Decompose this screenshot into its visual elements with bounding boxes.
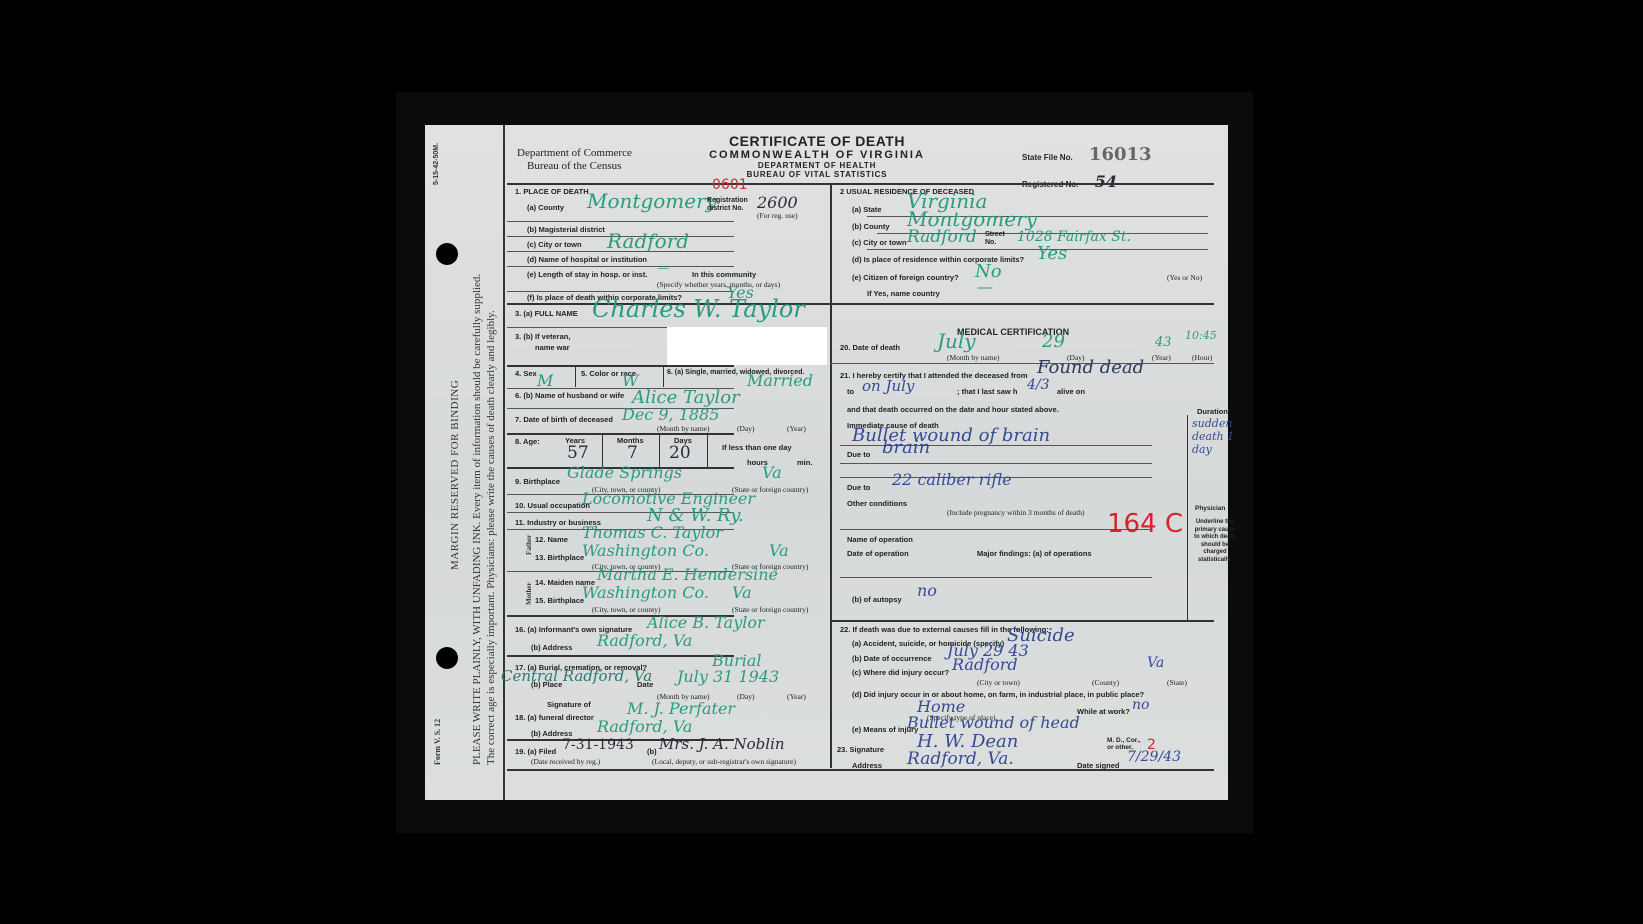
divider: [659, 433, 660, 467]
registrar-signature: Mrs. J. A. Noblin: [659, 735, 785, 753]
birthplace-value: Glade Springs: [567, 463, 682, 482]
director-value: M. J. Perfater: [627, 699, 735, 718]
divider: [830, 620, 1214, 622]
res-city-value: Radford: [907, 227, 977, 247]
reg-stamp: 0601: [712, 177, 748, 193]
punch-hole-icon: [436, 647, 458, 669]
registrar-note: (Local, deputy, or sub-registrar's own s…: [652, 757, 796, 766]
death-occurred-text: and that death occurred on the date and …: [847, 405, 1059, 414]
form-body: Department of Commerce Bureau of the Cen…: [507, 125, 1214, 800]
res-state-label: (a) State: [852, 205, 882, 214]
registrar-label: (b): [647, 747, 657, 756]
punch-hole-icon: [436, 243, 458, 265]
father-tag: Father: [525, 535, 533, 555]
dod-year: 43: [1155, 335, 1172, 350]
burial-place: Central Radford, Va: [501, 667, 652, 685]
registered-no: 54: [1095, 172, 1117, 191]
file-numbers: State File No. 16013 Registered No. 54: [1022, 143, 1152, 197]
stay-value: —: [657, 261, 669, 275]
divider: [507, 251, 734, 252]
state-note: (State): [1167, 678, 1187, 687]
means-value: Bullet wound of head: [907, 713, 1080, 732]
divider: [575, 365, 576, 387]
full-name-label: 3. (a) FULL NAME: [515, 309, 578, 318]
director-addr: Radford, Va: [597, 717, 692, 736]
duration-divider: [1187, 415, 1188, 565]
birthplace-state: Va: [762, 463, 782, 482]
country-value: —: [977, 277, 993, 296]
pregnancy-note: (Include pregnancy within 3 months of de…: [947, 508, 1084, 517]
death-certificate: 5-15-42-50M. Form V. S. 12 MARGIN RESERV…: [425, 125, 1228, 800]
father-name-label: 12. Name: [535, 535, 568, 544]
form-code: 5-15-42-50M.: [433, 143, 440, 185]
certificate-title: CERTIFICATE OF DEATH: [687, 133, 947, 149]
yes-no-note: (Yes or No): [1167, 273, 1202, 282]
autopsy-value: no: [917, 581, 937, 600]
last-saw-value: 4/3: [1027, 377, 1050, 393]
other-label: Other conditions: [847, 499, 907, 508]
divider: [507, 183, 1214, 185]
res-city-label: (c) City or town: [852, 238, 907, 247]
divider: [507, 365, 734, 367]
filed-label: 19. (a) Filed: [515, 747, 556, 756]
res-county-label: (b) County: [852, 222, 890, 231]
year-note: (Year): [1152, 353, 1171, 362]
informant-signature: Alice B. Taylor: [647, 613, 765, 632]
age-years: 57: [567, 443, 589, 463]
age-label: 8. Age:: [515, 437, 540, 446]
divider: [840, 463, 1152, 464]
mother-tag: Mother: [525, 582, 533, 605]
father-name-value: Thomas C. Taylor: [582, 523, 723, 542]
informant-address-label: (b) Address: [531, 643, 572, 652]
war-label: name war: [535, 343, 570, 352]
column-divider: [830, 183, 832, 768]
divider: [507, 291, 734, 292]
father-bp-state: Va: [769, 541, 789, 560]
due-to-2: 22 caliber rifle: [892, 470, 1012, 489]
form-number: Form V. S. 12: [433, 719, 442, 765]
death-city-value: Radford: [607, 229, 689, 253]
reg-district-value: 2600: [757, 193, 798, 212]
due-to-1: brain: [882, 437, 930, 458]
county-note: (County): [1092, 678, 1119, 687]
divider: [507, 655, 734, 657]
burial-date-label: Date: [637, 680, 653, 689]
country-label: If Yes, name country: [867, 289, 940, 298]
spouse-label: 6. (b) Name of husband or wife: [515, 391, 624, 400]
father-bp-label: 13. Birthplace: [535, 553, 584, 562]
death-county-value: Montgomery: [587, 189, 717, 213]
certify-from: Found dead: [1037, 357, 1144, 378]
city-label: (c) City or town: [527, 240, 582, 249]
physician-note: Underline the primary cause to which dea…: [1191, 519, 1239, 564]
mother-bp-state: Va: [732, 583, 752, 602]
physician-title: Physician: [1195, 505, 1225, 512]
hospital-label: (d) Name of hospital or institution: [527, 255, 647, 264]
min-label: min.: [797, 458, 812, 467]
magisterial-label: (b) Magisterial district: [527, 225, 605, 234]
marital-value: Married: [747, 371, 813, 390]
place-of-death-heading: 1. PLACE OF DEATH: [515, 187, 589, 196]
autopsy-label: (b) of autopsy: [852, 595, 902, 604]
instructions-line-2: The correct age is especially important.…: [485, 310, 497, 765]
director-sig-label: Signature of: [547, 700, 591, 709]
divider: [830, 363, 1214, 364]
burial-date: July 31 1943: [677, 667, 779, 686]
last-saw-label: ; that I last saw h: [957, 387, 1017, 396]
binding-margin: 5-15-42-50M. Form V. S. 12 MARGIN RESERV…: [425, 125, 505, 800]
date-signed: 7/29/43: [1127, 749, 1181, 765]
full-name-value: Charles W. Taylor: [592, 295, 805, 323]
month-note: (Month by name): [947, 353, 1000, 362]
divider: [507, 769, 1214, 771]
reg-district-label: Registration district No.: [707, 197, 757, 213]
res-corporate-value: Yes: [1037, 243, 1067, 264]
divider: [602, 433, 603, 467]
divider: [1187, 565, 1188, 620]
mother-bp-label: 15. Birthplace: [535, 596, 584, 605]
month-note: (Month by name): [657, 424, 710, 433]
department-health: DEPARTMENT OF HEALTH: [687, 161, 947, 170]
mother-name-value: Martha E. Hendersine: [597, 565, 778, 584]
divider: [507, 266, 734, 267]
where-city: Radford: [952, 655, 1018, 674]
signature-label: 23. Signature: [837, 745, 884, 754]
where-state: Va: [1147, 655, 1164, 671]
dob-value: Dec 9, 1885: [622, 405, 719, 424]
stay-label: (e) Length of stay in hosp. or inst.: [527, 270, 647, 279]
age-days: 20: [669, 443, 691, 463]
duration-value: sudden death 1 day: [1192, 417, 1240, 456]
duration-label: Duration: [1197, 407, 1228, 416]
day-note: (Day): [737, 424, 755, 433]
hour-note: (Hour): [1192, 353, 1212, 362]
alive-label: alive on: [1057, 387, 1085, 396]
work-label: While at work?: [1077, 707, 1130, 716]
less-day-label: If less than one day: [722, 443, 792, 452]
specify-note: (Specify whether years, months, or days): [657, 280, 780, 289]
year-note: (Year): [787, 692, 806, 701]
filed-date: 7-31-1943: [562, 737, 634, 753]
code-stamp: 164 C: [1107, 509, 1183, 539]
title-block: CERTIFICATE OF DEATH COMMONWEALTH OF VIR…: [687, 133, 947, 179]
divider: [507, 433, 734, 435]
bureau-census: Bureau of the Census: [517, 160, 632, 173]
dob-label: 7. Date of birth of deceased: [515, 415, 613, 424]
redacted-box: [667, 327, 827, 365]
dept-block: Department of Commerce Bureau of the Cen…: [517, 147, 632, 173]
dod-day: 29: [1042, 331, 1065, 352]
age-months: 7: [627, 443, 638, 463]
street-label: Street No.: [985, 231, 1005, 247]
major-findings-label: Major findings: (a) of operations: [977, 549, 1092, 558]
sig-address: Radford, Va.: [907, 749, 1014, 769]
county-label: (a) County: [527, 203, 564, 212]
citizen-label: (e) Citizen of foreign country?: [852, 273, 959, 282]
director-label: 18. (a) funeral director: [515, 713, 594, 722]
sex-label: 4. Sex: [515, 369, 537, 378]
instructions-line-1: PLEASE WRITE PLAINLY, WITH UNFADING INK.…: [471, 274, 483, 765]
margin-reserved-label: MARGIN RESERVED FOR BINDING: [449, 380, 461, 570]
birthplace-label: 9. Birthplace: [515, 477, 560, 486]
operation-label: Name of operation: [847, 535, 913, 544]
certify-to: on July: [862, 377, 914, 395]
dept-commerce: Department of Commerce: [517, 147, 632, 160]
dod-month: July: [937, 329, 976, 353]
day-note: (Day): [737, 692, 755, 701]
divider: [707, 433, 708, 467]
occupation-label: 10. Usual occupation: [515, 501, 590, 510]
dod-hour: 10:45: [1185, 329, 1217, 342]
reg-use-note: (For reg. use): [757, 211, 798, 220]
where-label: (c) Where did injury occur?: [852, 668, 949, 677]
state-title: COMMONWEALTH OF VIRGINIA: [687, 149, 947, 161]
veteran-label: 3. (b) If veteran,: [515, 332, 570, 341]
father-bp-value: Washington Co.: [582, 541, 709, 560]
op-date-label: Date of operation: [847, 549, 909, 558]
mother-bp-value: Washington Co.: [582, 583, 709, 602]
external-date-label: (b) Date of occurrence: [852, 654, 932, 663]
due-to-label: Due to: [847, 450, 870, 459]
year-note: (Year): [787, 424, 806, 433]
work-value: no: [1132, 697, 1149, 713]
state-file-no: 16013: [1089, 144, 1152, 165]
informant-address: Radford, Va: [597, 631, 692, 650]
injury-place-label: (d) Did injury occur in or about home, o…: [852, 690, 1144, 699]
dod-label: 20. Date of death: [840, 343, 900, 352]
divider: [840, 577, 1152, 578]
filed-note: (Date received by reg.): [531, 757, 600, 766]
to-label: to: [847, 387, 854, 396]
street-value: 1028 Fairfax St.: [1017, 229, 1131, 245]
community-label: In this community: [692, 270, 756, 279]
divider: [507, 221, 734, 222]
due-to-label: Due to: [847, 483, 870, 492]
city-note: (City or town): [977, 678, 1020, 687]
divider: [840, 529, 1152, 530]
divider: [663, 365, 664, 387]
